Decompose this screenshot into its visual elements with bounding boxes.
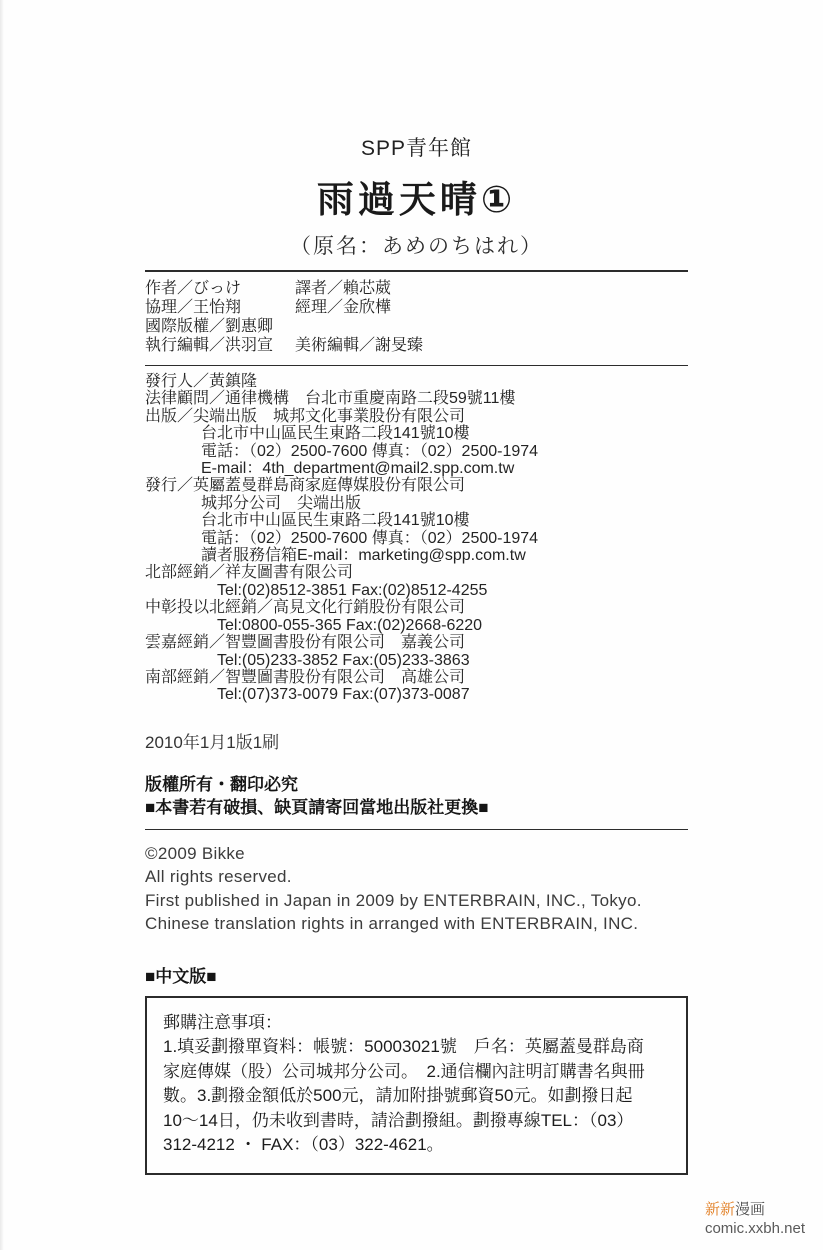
mail-order-line: 數。3.劃撥金額低於500元，請加附掛號郵資50元。如劃撥日起: [163, 1084, 670, 1109]
mail-order-line: 家庭傳媒（股）公司城邦分公司。 2.通信欄內註明訂購書名與冊: [163, 1060, 670, 1085]
watermark-site-name-rest: 漫画: [735, 1201, 765, 1218]
yunjia-distributor-tel-line: Tel:(05)233-3852 Fax:(05)233-3863: [145, 652, 688, 669]
legal-advisor-line: 法律顧問／通律機構 台北市重慶南路二段59號11樓: [145, 390, 688, 407]
rights-reserved-line: All rights reserved.: [145, 865, 688, 889]
mail-order-line: 1.填妥劃撥單資料：帳號：50003021號 戶名：英屬蓋曼群島商: [163, 1035, 670, 1060]
publisher-address-line: 台北市中山區民生東路二段141號10樓: [145, 425, 688, 442]
credit-translator: 譯者／賴芯葳: [295, 279, 391, 298]
copyright-notice: 版權所有・翻印必究: [145, 773, 688, 796]
book-title: 雨過天晴①: [145, 169, 688, 223]
translation-rights-line: Chinese translation rights in arranged w…: [145, 912, 688, 936]
credit-author: 作者／びっけ: [145, 279, 295, 298]
distributor-branch-line: 城邦分公司 尖端出版: [145, 495, 688, 512]
divider-copyright: [145, 829, 688, 830]
colophon-page: SPP青年館 雨過天晴① （原名：あめのちはれ） 作者／びっけ 譯者／賴芯葳 協…: [0, 0, 823, 1250]
mail-order-line: 10～14日，仍未收到書時，請洽劃撥組。劃撥專線TEL：（03）: [163, 1109, 670, 1134]
credit-art-editor: 美術編輯／謝旻臻: [295, 336, 423, 355]
distributor-line: 發行／英屬蓋曼群島商家庭傳媒股份有限公司: [145, 477, 688, 494]
publisher-line: 出版／尖端出版 城邦文化事業股份有限公司: [145, 408, 688, 425]
page-content: SPP青年館 雨過天晴① （原名：あめのちはれ） 作者／びっけ 譯者／賴芯葳 協…: [0, 0, 823, 1175]
publisher-email-line: E-mail：4th_department@mail2.spp.com.tw: [145, 460, 688, 477]
english-copyright-section: ©2009 Bikke All rights reserved. First p…: [145, 842, 688, 936]
mail-order-line: 312-4212 ・ FAX：（03）322-4621。: [163, 1133, 670, 1158]
publisher-phone-line: 電話：（02）2500-7600 傳真：（02）2500-1974: [145, 443, 688, 460]
divider-credits: [145, 365, 688, 366]
copyright-section: 版權所有・翻印必究 ■本書若有破損、缺頁請寄回當地出版社更換■: [145, 773, 688, 819]
watermark-url: comic.xxbh.net: [705, 1219, 805, 1238]
credit-row: 國際版權／劉惠卿: [145, 317, 688, 336]
title-block: SPP青年館 雨過天晴① （原名：あめのちはれ）: [145, 132, 688, 260]
credit-executive-editor: 執行編輯／洪羽宣: [145, 336, 295, 355]
credit-associate: 協理／王怡翔: [145, 298, 295, 317]
watermark: 新新漫画 comic.xxbh.net: [705, 1200, 805, 1238]
copyright-year-line: ©2009 Bikke: [145, 842, 688, 866]
credit-row: 作者／びっけ 譯者／賴芯葳: [145, 279, 688, 298]
central-distributor-line: 中彰投以北經銷／高見文化行銷股份有限公司: [145, 599, 688, 616]
credit-row: 執行編輯／洪羽宣 美術編輯／謝旻臻: [145, 336, 688, 355]
south-distributor-tel-line: Tel:(07)373-0079 Fax:(07)373-0087: [145, 686, 688, 703]
north-distributor-line: 北部經銷／祥友圖書有限公司: [145, 564, 688, 581]
publication-section: 發行人／黃鎮隆 法律顧問／通律機構 台北市重慶南路二段59號11樓 出版／尖端出…: [145, 373, 688, 704]
divider-top: [145, 270, 688, 272]
credit-row: 協理／王怡翔 經理／金欣樺: [145, 298, 688, 317]
imprint-label: SPP青年館: [145, 132, 688, 162]
edition-line: 2010年1月1版1刷: [145, 728, 688, 753]
yunjia-distributor-line: 雲嘉經銷／智豐圖書股份有限公司 嘉義公司: [145, 634, 688, 651]
watermark-site-name-highlight: 新新: [705, 1201, 735, 1218]
original-title: （原名：あめのちはれ）: [145, 230, 688, 260]
central-distributor-tel-line: Tel:0800-055-365 Fax:(02)2668-6220: [145, 617, 688, 634]
damage-replacement-notice: ■本書若有破損、缺頁請寄回當地出版社更換■: [145, 796, 688, 819]
credit-international-rights: 國際版權／劉惠卿: [145, 317, 295, 336]
south-distributor-line: 南部經銷／智豐圖書股份有限公司 高雄公司: [145, 669, 688, 686]
credit-manager: 經理／金欣樺: [295, 298, 391, 317]
scan-edge-shade: [0, 0, 4, 1250]
mail-order-heading: 郵購注意事項：: [163, 1011, 670, 1036]
first-published-line: First published in Japan in 2009 by ENTE…: [145, 889, 688, 913]
north-distributor-tel-line: Tel:(02)8512-3851 Fax:(02)8512-4255: [145, 582, 688, 599]
mail-order-box: 郵購注意事項： 1.填妥劃撥單資料：帳號：50003021號 戶名：英屬蓋曼群島…: [145, 996, 688, 1175]
publisher-person-line: 發行人／黃鎮隆: [145, 373, 688, 390]
distributor-phone-line: 電話：（02）2500-7600 傳真：（02）2500-1974: [145, 530, 688, 547]
watermark-site-name: 新新漫画: [705, 1200, 805, 1219]
distributor-address-line: 台北市中山區民生東路二段141號10樓: [145, 512, 688, 529]
chinese-edition-label: ■中文版■: [145, 962, 688, 987]
reader-service-email-line: 讀者服務信箱E-mail：marketing@spp.com.tw: [145, 547, 688, 564]
credits-section: 作者／びっけ 譯者／賴芯葳 協理／王怡翔 經理／金欣樺 國際版權／劉惠卿 執行編…: [145, 279, 688, 355]
